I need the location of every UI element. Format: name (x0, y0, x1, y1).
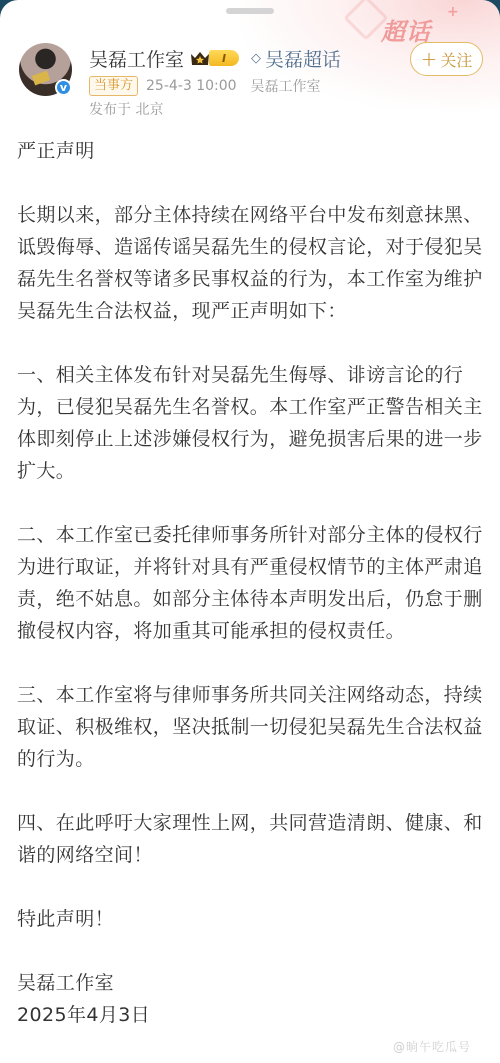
crown-icon (190, 50, 210, 66)
supertopic-label: 吴磊超话 (265, 45, 341, 72)
post-title: 严正声明 (17, 135, 487, 167)
post-location: 发布于 北京 (89, 99, 163, 119)
sparkle-icon: + (447, 4, 459, 20)
verified-badge-icon: v (55, 79, 72, 96)
post-signature: 吴磊工作室 (17, 967, 487, 999)
author-name[interactable]: 吴磊工作室 (89, 45, 184, 72)
follow-button[interactable]: + 关注 (410, 42, 483, 76)
post-detail-sheet: 超话 + v 吴磊工作室 I ◇ 吴磊超话 + 关注 当事方 25-4-3 10… (0, 0, 500, 1063)
post-source: 吴磊工作室 (251, 76, 321, 96)
post-date: 2025年4月3日 (17, 999, 487, 1031)
post-meta: 当事方 25-4-3 10:00 吴磊工作室 (89, 76, 321, 96)
avatar-photo-detail (32, 71, 50, 86)
diamond-icon: ◇ (251, 51, 261, 66)
post-paragraph: 三、本工作室将与律师事务所共同关注网络动态，持续取证、积极维权，坚决抵制一切侵犯… (17, 679, 487, 775)
post-paragraph: 四、在此呼吁大家理性上网，共同营造清朗、健康、和谐的网络空间！ (17, 807, 487, 871)
avatar[interactable]: v (19, 43, 72, 96)
post-paragraph: 长期以来，部分主体持续在网络平台中发布刻意抹黑、诋毁侮辱、造谣传谣吴磊先生的侵权… (17, 199, 487, 327)
follow-label: 关注 (440, 48, 472, 71)
post-paragraph: 一、相关主体发布针对吴磊先生侮辱、诽谤言论的行为，已侵犯吴磊先生名誉权。本工作室… (17, 359, 487, 487)
post-paragraph: 二、本工作室已委托律师事务所针对部分主体的侵权行为进行取证，并将针对具有严重侵权… (17, 519, 487, 647)
watermark: @晌午吃瓜号 (393, 1038, 471, 1055)
post-timestamp: 25-4-3 10:00 (146, 78, 237, 94)
supertopic-link[interactable]: ◇ 吴磊超话 (251, 45, 341, 72)
plus-icon: + (421, 47, 438, 71)
author-row: 吴磊工作室 I ◇ 吴磊超话 (89, 45, 341, 71)
member-level-badge: I (209, 50, 239, 66)
post-paragraph: 特此声明！ (17, 903, 487, 935)
party-tag: 当事方 (89, 76, 138, 96)
drag-handle[interactable] (226, 8, 274, 14)
post-content: 严正声明 长期以来，部分主体持续在网络平台中发布刻意抹黑、诋毁侮辱、造谣传谣吴磊… (17, 135, 487, 1031)
